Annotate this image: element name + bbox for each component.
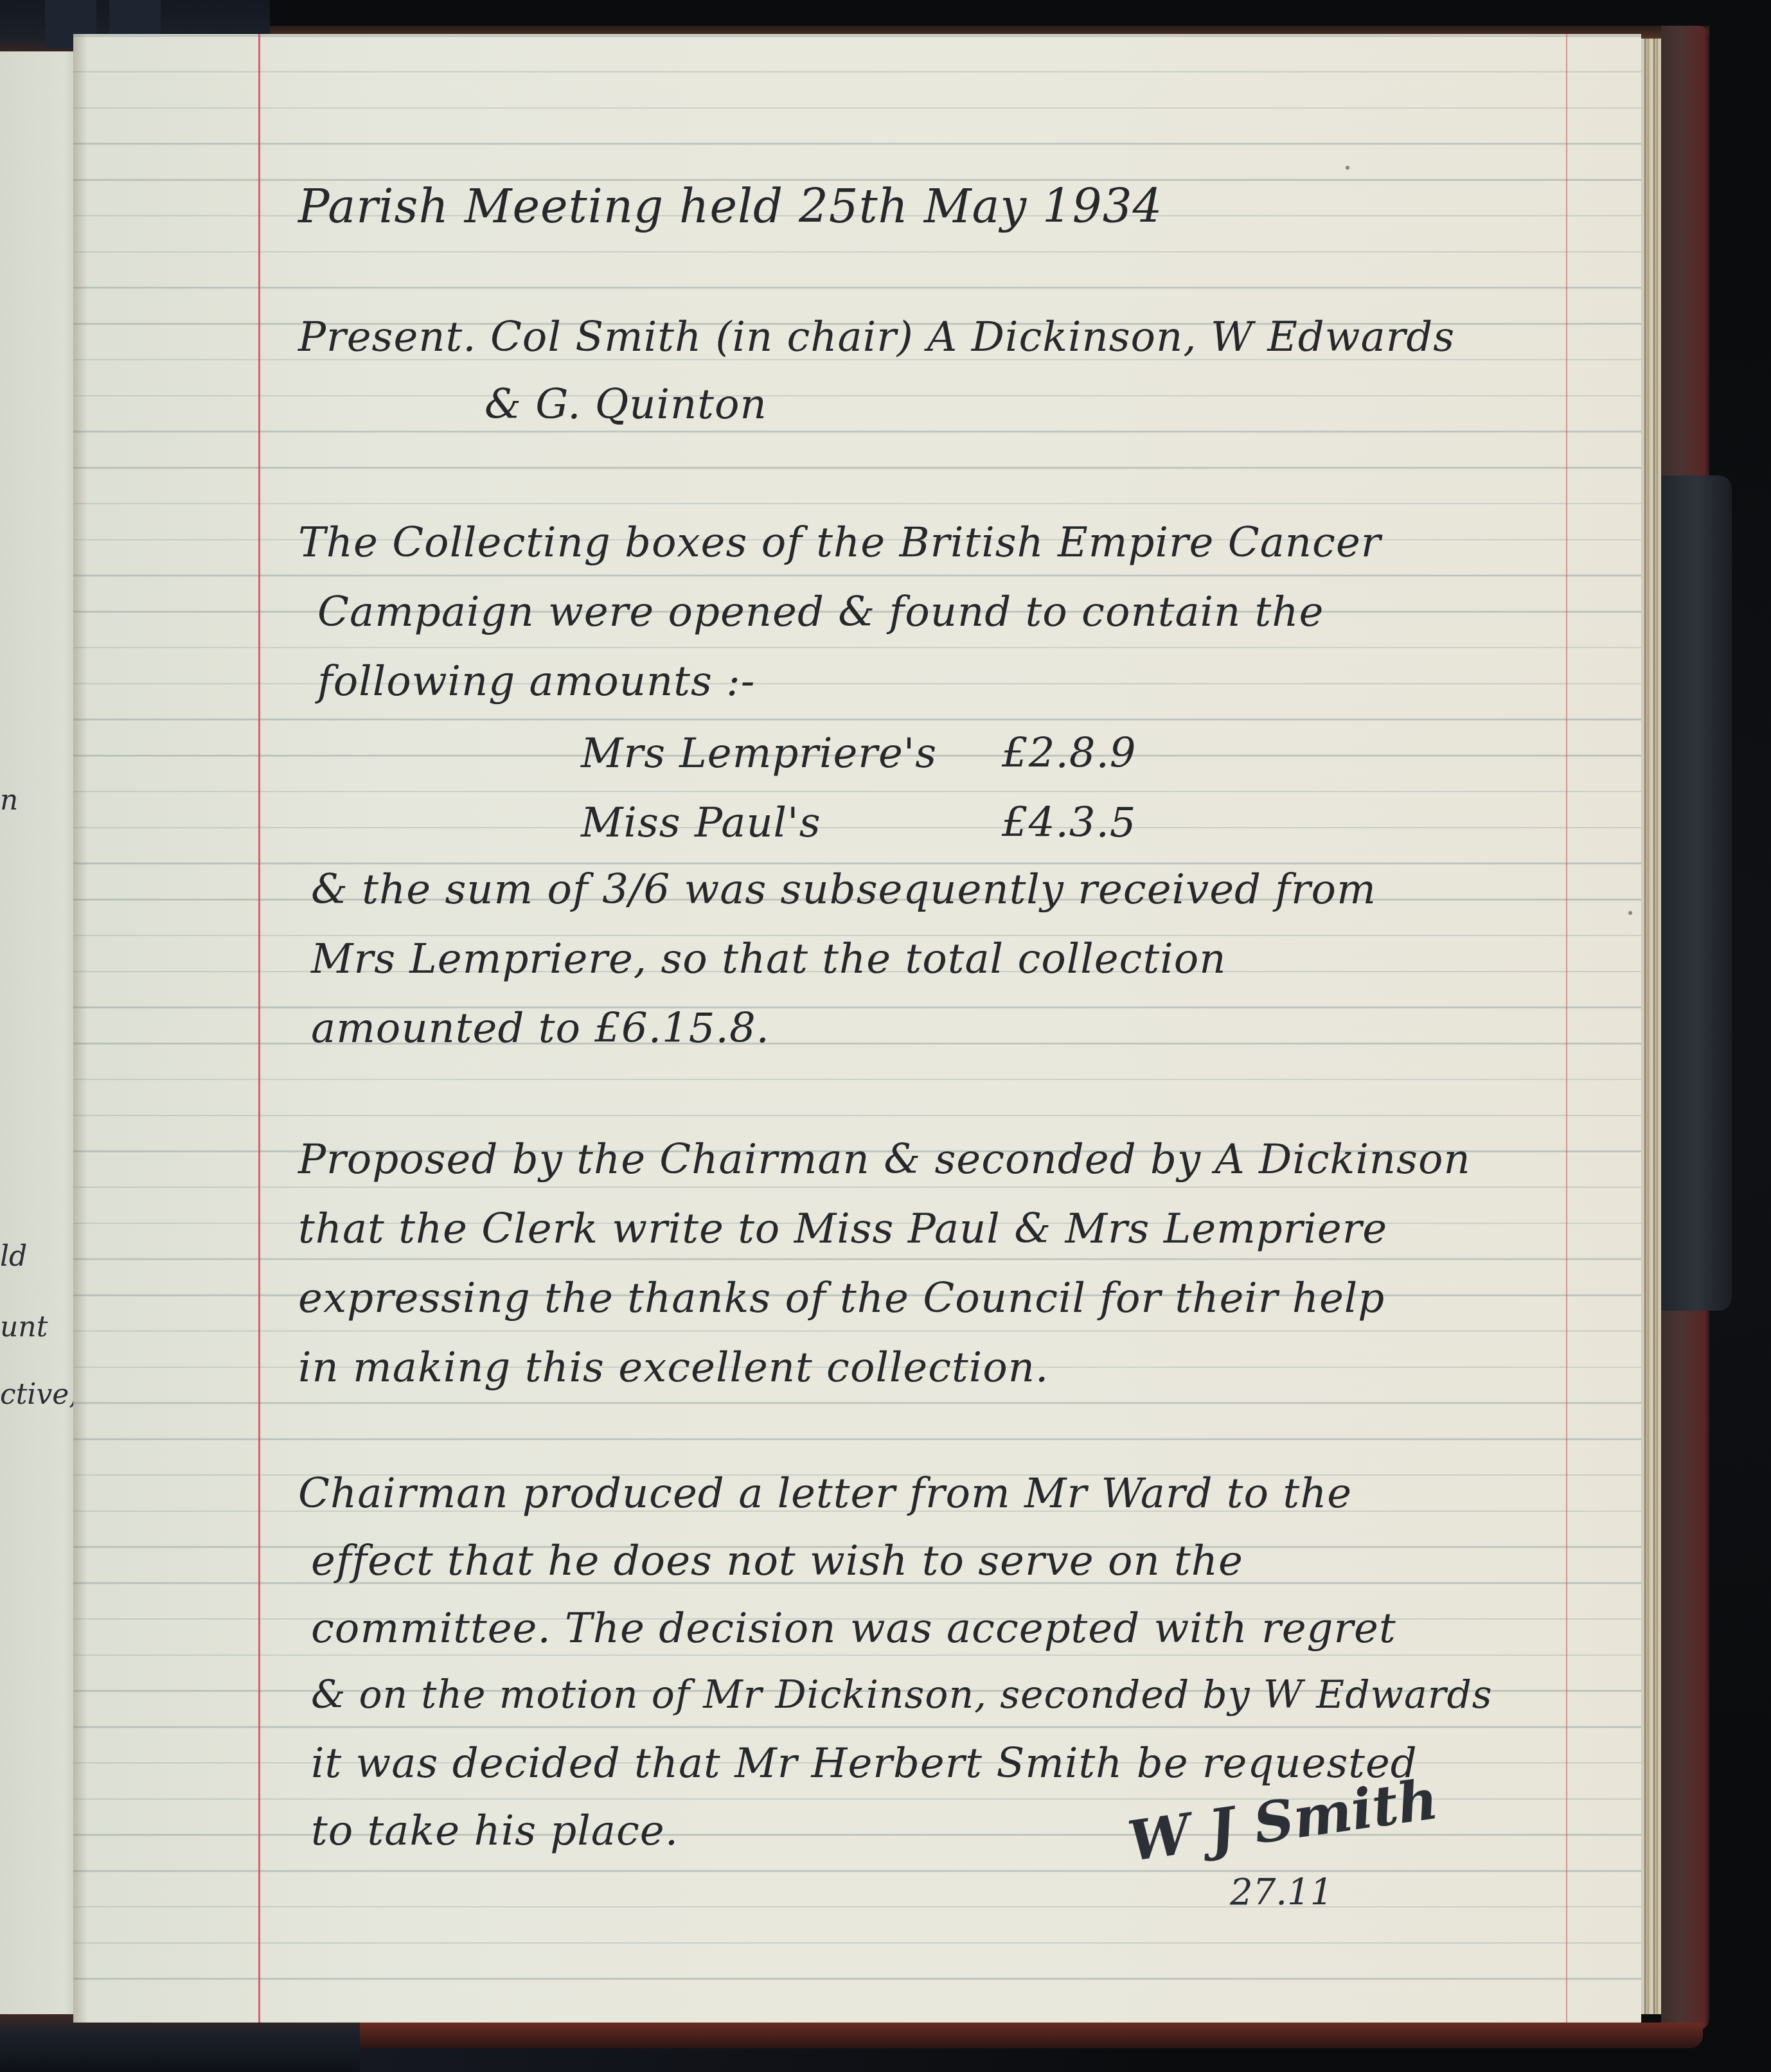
red-margin-rule [258,34,260,2023]
letter-text: committee. The decision was accepted wit… [311,1608,1396,1649]
left-page-fragment: n [0,784,18,817]
proposal-text: that the Clerk write to Miss Paul & Mrs … [298,1209,1387,1250]
collection-text: following amounts :- [317,661,755,702]
letter-text: to take his place. [311,1811,679,1852]
amount-value: £2.8.9 [1002,733,1137,774]
attendance-line: Present. Col Smith (in chair) A Dickinso… [298,317,1455,358]
amount-value: £4.3.5 [1002,802,1137,844]
cover-cloth-spine [1661,475,1732,1311]
paper-speck [1346,166,1349,170]
proposal-text: Proposed by the Chairman & seconded by A… [298,1139,1471,1180]
amount-name: Mrs Lempriere's [581,733,937,774]
letter-text: & on the motion of Mr Dickinson, seconde… [311,1676,1493,1714]
subsequent-text: Mrs Lempriere, so that the total collect… [311,939,1226,980]
letter-text: Chairman produced a letter from Mr Ward … [298,1473,1352,1514]
right-margin-rule [1566,34,1567,2023]
left-page-fragment: ctive, [0,1378,78,1411]
gutter-shadow [73,34,87,2023]
attendance-line: & G. Quinton [485,384,767,425]
proposal-text: expressing the thanks of the Council for… [298,1278,1385,1319]
letter-text: effect that he does not wish to serve on… [311,1541,1243,1582]
minute-book-page: Parish Meeting held 25th May 1934 Presen… [73,34,1641,2023]
back-cover [1661,26,1709,2030]
signature-date: 27.11 [1230,1872,1333,1913]
collection-text: Campaign were opened & found to contain … [317,592,1324,633]
proposal-text: in making this excellent collection. [298,1347,1049,1388]
left-page-fragment: ld [0,1240,27,1273]
subsequent-text: amounted to £6.15.8. [311,1008,770,1049]
letter-text: it was decided that Mr Herbert Smith be … [311,1743,1418,1784]
left-page: n ld unt ctive, [0,51,82,2014]
meeting-heading: Parish Meeting held 25th May 1934 [298,183,1162,229]
collection-text: The Collecting boxes of the British Empi… [298,522,1381,563]
paper-speck [1628,911,1632,915]
left-page-fragment: unt [0,1311,48,1343]
subsequent-text: & the sum of 3/6 was subsequently receiv… [311,869,1376,910]
cover-bottom-edge [360,2023,1703,2048]
amount-name: Miss Paul's [581,802,821,844]
